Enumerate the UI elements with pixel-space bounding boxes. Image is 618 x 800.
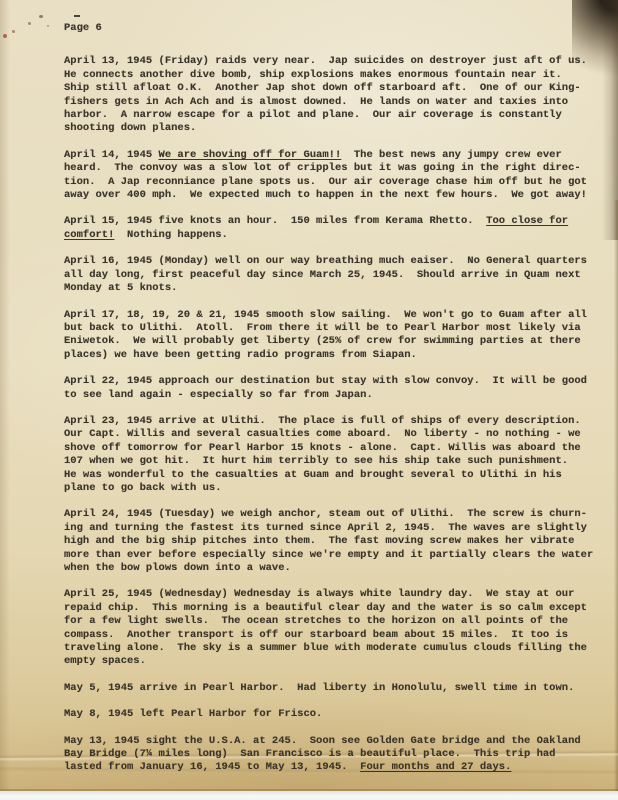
paper-stain-speck	[39, 15, 43, 18]
diary-entry-may-8-1945: May 8, 1945 left Pearl Harbor for Frisco…	[64, 708, 604, 721]
document-page: Page 6 April 13, 1945 (Friday) raids ver…	[0, 0, 618, 791]
typewritten-content: Page 6 April 13, 1945 (Friday) raids ver…	[64, 22, 604, 788]
entry-text: April 25, 1945 (Wednesday) Wednesday is …	[64, 588, 587, 667]
entries: April 13, 1945 (Friday) raids very near.…	[64, 55, 604, 774]
paper-stain-speck	[3, 34, 7, 38]
diary-entry-may-13-1945: May 13, 1945 sight the U.S.A. at 245. So…	[64, 735, 604, 775]
diary-entry-april-24-1945: April 24, 1945 (Tuesday) we weigh anchor…	[64, 508, 604, 575]
scanner-bed-strip	[0, 791, 618, 800]
diary-entry-april-23-1945: April 23, 1945 arrive at Ulithi. The pla…	[64, 415, 604, 495]
paper-stain-speck	[12, 30, 15, 33]
underlined-text: We are shoving off for Guam!!	[159, 149, 342, 161]
diary-entry-april-15-1945: April 15, 1945 five knots an hour. 150 m…	[64, 215, 604, 242]
entry-text: April 13, 1945 (Friday) raids very near.…	[64, 55, 587, 134]
diary-entry-april-14-1945: April 14, 1945 We are shoving off for Gu…	[64, 149, 604, 203]
diary-entry-april-16-1945: April 16, 1945 (Monday) well on our way …	[64, 255, 604, 295]
page-edge-shadow-left	[0, 0, 10, 791]
diary-entry-april-13-1945: April 13, 1945 (Friday) raids very near.…	[64, 55, 604, 135]
stray-typed-dash	[74, 15, 80, 17]
entry-text: April 24, 1945 (Tuesday) we weigh anchor…	[64, 508, 593, 574]
entry-text: April 22, 1945 approach our destination …	[64, 375, 587, 400]
entry-text: May 5, 1945 arrive in Pearl Harbor. Had …	[64, 682, 574, 694]
underlined-text: Four months and 27 days.	[360, 761, 511, 773]
scanned-document: Page 6 April 13, 1945 (Friday) raids ver…	[0, 0, 618, 800]
diary-entry-april-25-1945: April 25, 1945 (Wednesday) Wednesday is …	[64, 588, 604, 668]
entry-text: April 23, 1945 arrive at Ulithi. The pla…	[64, 415, 581, 494]
diary-entry-april-17-21-1945: April 17, 18, 19, 20 & 21, 1945 smooth s…	[64, 309, 604, 363]
diary-entry-may-5-1945: May 5, 1945 arrive in Pearl Harbor. Had …	[64, 682, 604, 695]
page-number: Page 6	[64, 22, 604, 35]
page-edge-line-right	[614, 200, 618, 791]
diary-entry-april-22-1945: April 22, 1945 approach our destination …	[64, 375, 604, 402]
entry-text: May 8, 1945 left Pearl Harbor for Frisco…	[64, 708, 322, 720]
entry-text: Nothing happens.	[114, 229, 227, 241]
paper-stain-speck	[47, 25, 49, 27]
paper-stain-speck	[28, 22, 31, 25]
entry-text: April 16, 1945 (Monday) well on our way …	[64, 255, 587, 294]
entry-text: April 15, 1945 five knots an hour. 150 m…	[64, 215, 486, 227]
entry-text: April 17, 18, 19, 20 & 21, 1945 smooth s…	[64, 309, 587, 361]
entry-text: April 14, 1945	[64, 149, 159, 161]
